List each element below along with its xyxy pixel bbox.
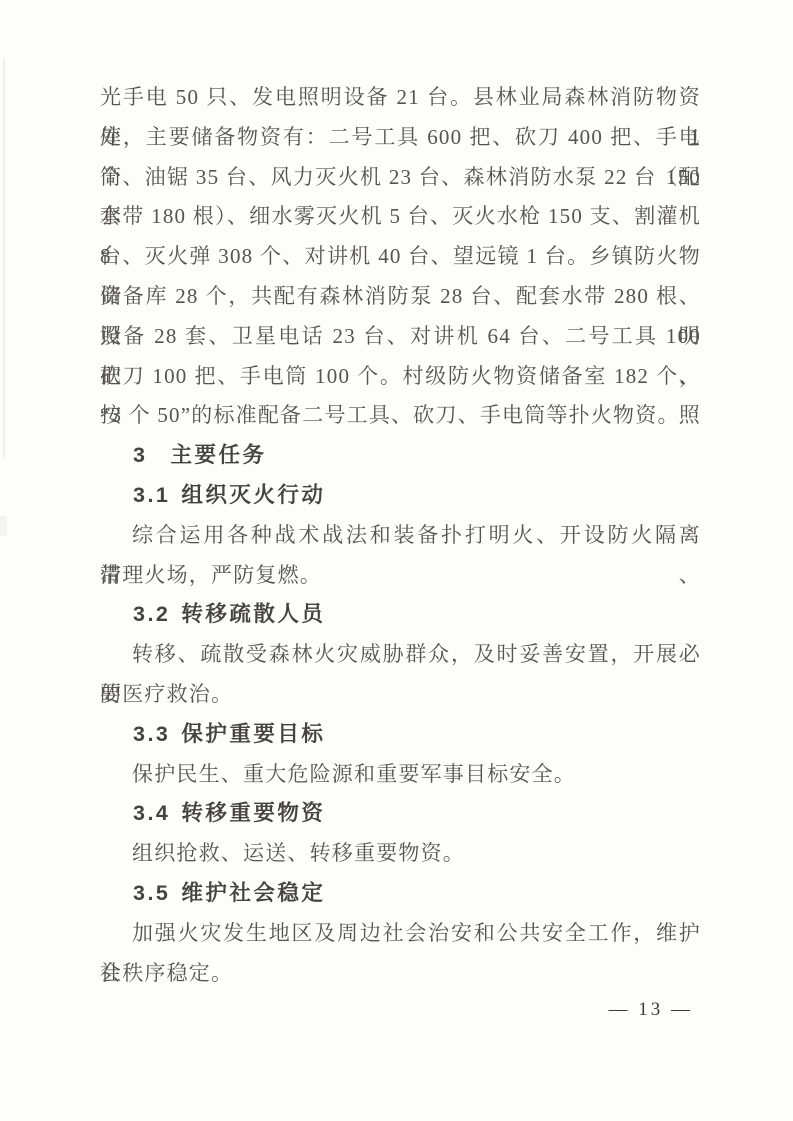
text-line: 处，主要储备物资有：二号工具 600 把、砍刀 400 把、手电筒 150 xyxy=(100,118,701,158)
text-line: “3 个 50”的标准配备二号工具、砍刀、手电筒等扑火物资。 xyxy=(100,396,701,436)
text-line: 设备 28 套、卫星电话 23 台、对讲机 64 台、二号工具 100 把、 xyxy=(100,317,701,357)
section-heading: 3主要任务 xyxy=(100,436,701,476)
text-line: 会秩序稳定。 xyxy=(100,954,701,994)
text-line: 组织抢救、运送、转移重要物资。 xyxy=(100,834,701,874)
document-text-block: 光手电 50 只、发电照明设备 21 台。县林业局森林消防物资库 1处，主要储备… xyxy=(100,78,701,993)
scan-artifact xyxy=(3,58,5,458)
section-heading: 3.2转移疏散人员 xyxy=(100,595,701,635)
section-title: 维护社会稳定 xyxy=(181,881,325,905)
section-number: 3 xyxy=(133,443,147,467)
text-line: 水带 180 根）、细水雾灭火机 5 台、灭火水枪 150 支、割灌机 8 xyxy=(100,197,701,237)
section-heading: 3.1组织灭火行动 xyxy=(100,476,701,516)
page-number: — 13 — xyxy=(609,995,694,1025)
section-title: 主要任务 xyxy=(170,443,266,467)
text-line: 的医疗救治。 xyxy=(100,675,701,715)
text-line: 砍刀 100 把、手电筒 100 个。村级防火物资储备室 182 个，按照 xyxy=(100,357,701,397)
section-number: 3.2 xyxy=(133,602,170,626)
text-line: 台、灭火弹 308 个、对讲机 40 台、望远镜 1 台。乡镇防火物资 xyxy=(100,237,701,277)
section-title: 保护重要目标 xyxy=(181,722,325,746)
section-heading: 3.5维护社会稳定 xyxy=(100,874,701,914)
section-title: 组织灭火行动 xyxy=(181,483,325,507)
section-heading: 3.3保护重要目标 xyxy=(100,715,701,755)
scan-artifact xyxy=(0,516,7,536)
text-line: 储备库 28 个，共配有森林消防泵 28 台、配套水带 280 根、照明 xyxy=(100,277,701,317)
text-line: 加强火灾发生地区及周边社会治安和公共安全工作，维护社 xyxy=(100,914,701,954)
text-line: 保护民生、重大危险源和重要军事目标安全。 xyxy=(100,755,701,795)
section-heading: 3.4转移重要物资 xyxy=(100,794,701,834)
text-line: 光手电 50 只、发电照明设备 21 台。县林业局森林消防物资库 1 xyxy=(100,78,701,118)
text-line: 综合运用各种战术战法和装备扑打明火、开设防火隔离带、 xyxy=(100,516,701,556)
section-title: 转移重要物资 xyxy=(181,801,325,825)
section-title: 转移疏散人员 xyxy=(181,602,325,626)
section-number: 3.3 xyxy=(133,722,170,746)
section-number: 3.1 xyxy=(133,483,170,507)
section-number: 3.4 xyxy=(133,801,170,825)
document-page: 光手电 50 只、发电照明设备 21 台。县林业局森林消防物资库 1处，主要储备… xyxy=(0,0,793,1121)
section-number: 3.5 xyxy=(133,881,170,905)
text-line: 个、油锯 35 台、风力灭火机 23 台、森林消防水泵 22 台（配套 xyxy=(100,158,701,198)
text-line: 转移、疏散受森林火灾威胁群众，及时妥善安置，开展必要 xyxy=(100,635,701,675)
